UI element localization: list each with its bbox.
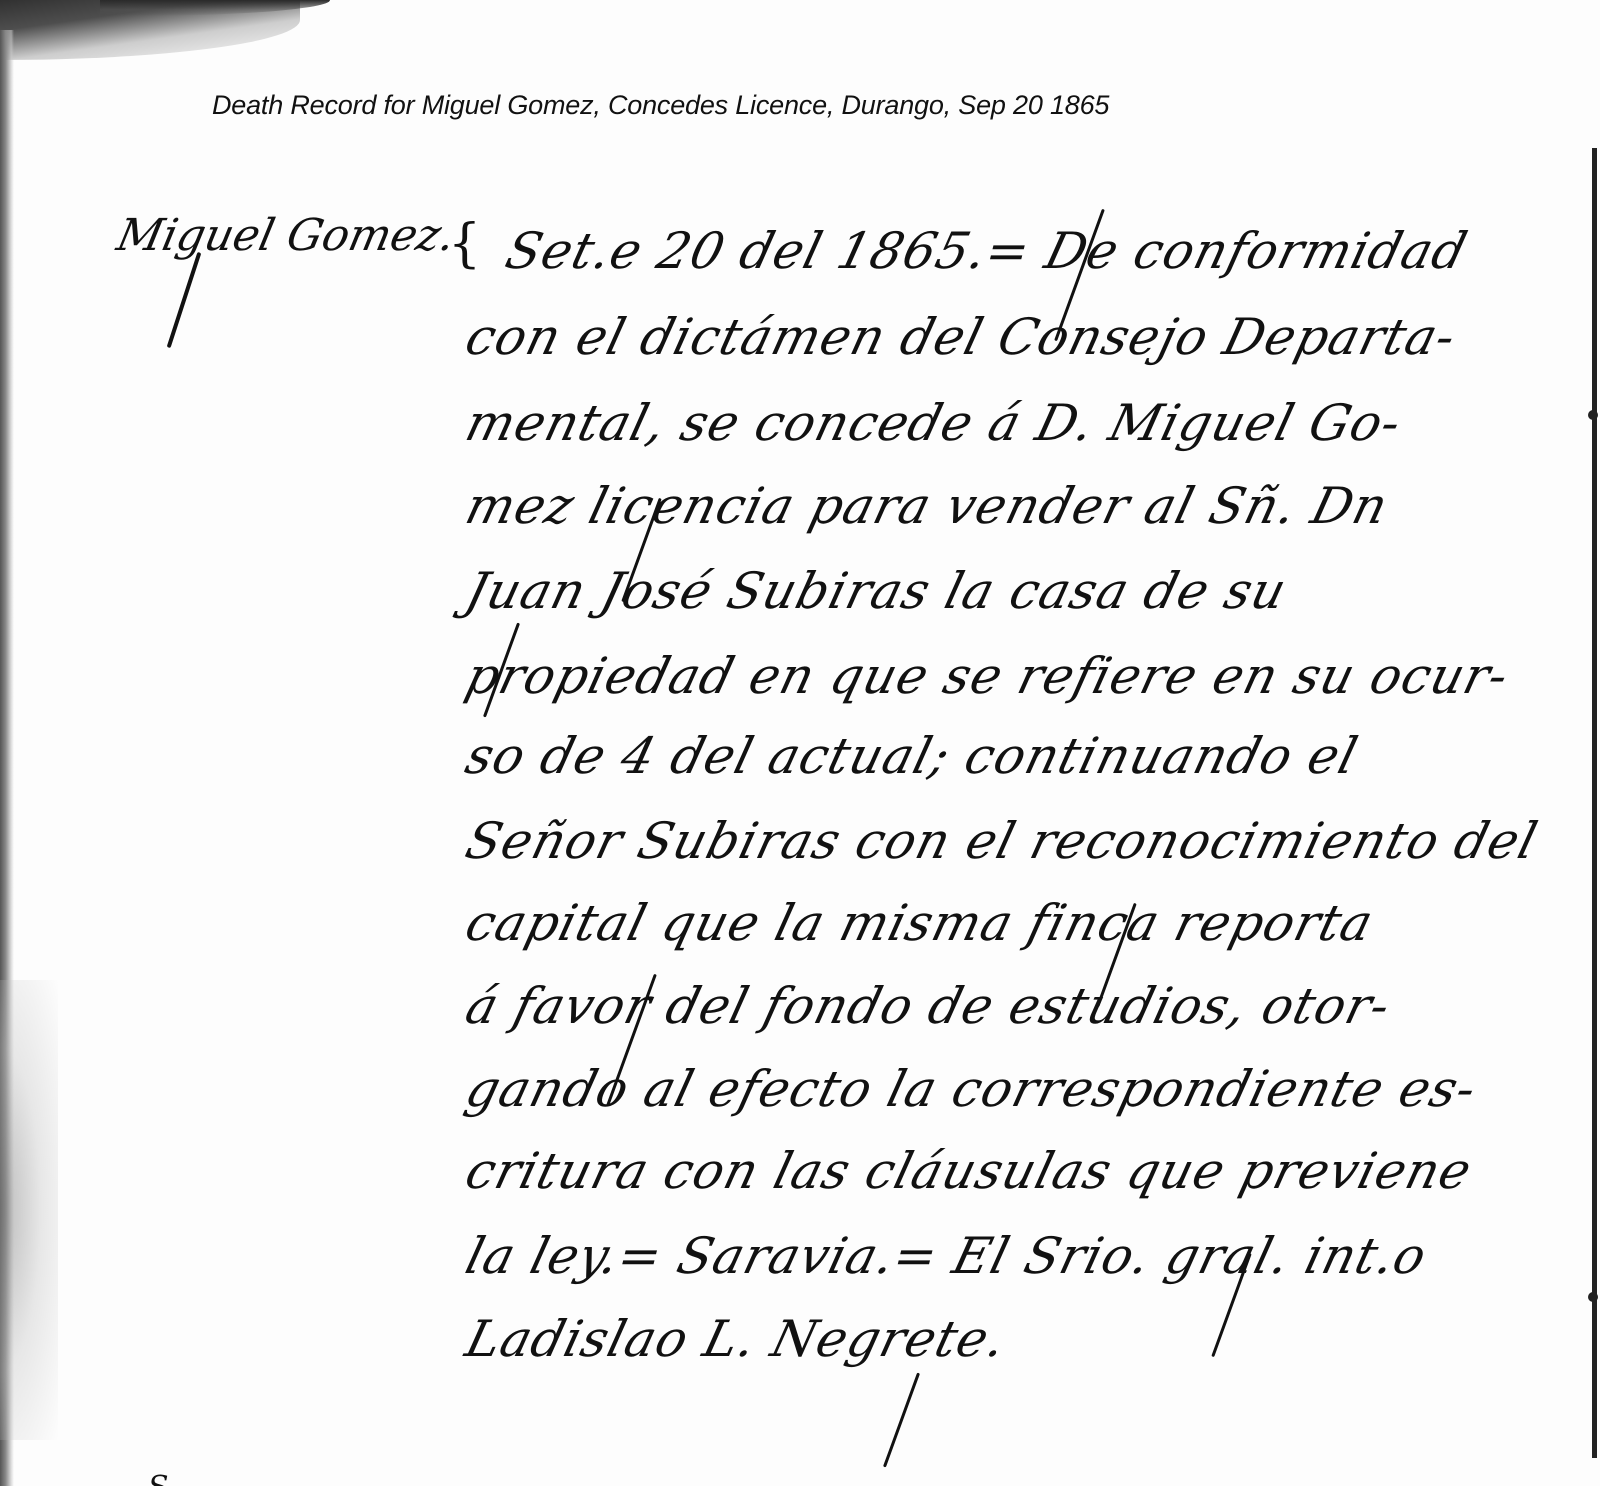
right-margin-rule-dot — [1588, 410, 1598, 420]
margin-name-descender — [167, 252, 202, 348]
scanned-document-page: Death Record for Miguel Gomez, Concedes … — [0, 0, 1600, 1486]
record-line: Juan José Subiras la casa de su — [460, 562, 1293, 620]
record-line: mental, se concede á D. Miguel Go- — [460, 394, 1407, 452]
right-margin-rule-dot — [1588, 1292, 1598, 1302]
record-line: so de 4 del actual; continuando el — [460, 727, 1364, 785]
document-caption: Death Record for Miguel Gomez, Concedes … — [212, 90, 1109, 121]
record-line: con el dictámen del Consejo Departa- — [460, 308, 1462, 366]
record-line: critura con las cláusulas que previene — [460, 1142, 1478, 1200]
record-line: propiedad en que se refiere en su ocur- — [460, 647, 1515, 705]
margin-name-note: Miguel Gomez. — [113, 210, 460, 261]
right-margin-rule — [1592, 148, 1597, 1458]
margin-brace: { — [448, 214, 481, 274]
ink-descender-stroke — [883, 1373, 920, 1468]
record-line: á favor del fondo de estudios, otor- — [460, 977, 1397, 1035]
record-line: la ley.= Saravia.= El Srio. gral. int.o — [460, 1227, 1433, 1285]
record-line: Set.e 20 del 1865.= De conformidad — [500, 222, 1473, 280]
record-line: mez licencia para vender al Sñ. Dn — [460, 477, 1394, 535]
record-line: Señor Subiras con el reconocimiento del — [460, 812, 1544, 870]
record-line: Ladislao L. Negrete. — [460, 1310, 1012, 1368]
next-entry-fragment: S — [148, 1470, 164, 1486]
record-line: capital que la misma finca reporta — [460, 894, 1379, 952]
page-edge-shadow-left-lower — [0, 980, 58, 1440]
